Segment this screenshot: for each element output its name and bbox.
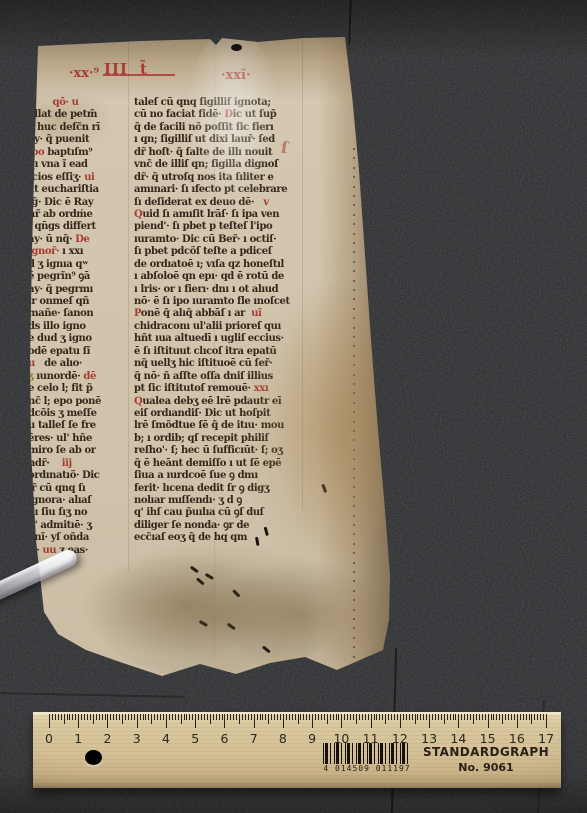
ruler-tick — [371, 714, 372, 728]
ruler-tick — [473, 714, 474, 724]
pricking-hole — [353, 458, 355, 460]
ruler-tick — [207, 714, 208, 720]
ruler-tick — [61, 714, 62, 720]
manuscript-line: amınari· ſı ıfecto pt̃ celebrare — [134, 184, 306, 196]
ruler-tick — [90, 714, 91, 720]
ruler-tick — [131, 714, 132, 720]
ruler-tick — [450, 714, 451, 720]
pricking-hole — [353, 280, 355, 282]
pricking-hole — [353, 449, 355, 451]
ruler-tick — [286, 714, 287, 720]
pricking-hole — [353, 599, 355, 601]
ruler-tick — [391, 714, 392, 720]
pricking-hole — [353, 308, 355, 310]
ruler-tick — [502, 714, 503, 724]
ruler-tick — [134, 714, 135, 720]
ruler-tick — [181, 714, 182, 724]
ruler-tick — [409, 714, 410, 720]
manuscript-line: cū no faciat fidē· Dic ut ſup̃ — [134, 109, 306, 121]
manuscript-line: qō· u — [28, 97, 132, 109]
ruler-tick — [128, 714, 129, 720]
manuscript-line: ecc̃ıaſ eoʒ q̃ de hq qm — [134, 532, 306, 544]
pricking-hole — [353, 214, 355, 216]
ruler-tick — [69, 714, 70, 720]
pricking-hole — [353, 656, 355, 658]
pricking-hole — [353, 590, 355, 592]
ruler-tick — [488, 714, 489, 728]
ruler-tick — [499, 714, 500, 720]
ruler-tick — [67, 714, 68, 720]
ink-slit — [205, 573, 214, 580]
manuscript-line: u de alıo· — [28, 358, 132, 370]
manuscript-line: b; ı ordib; qſ recepit philiſ — [134, 433, 306, 445]
manuscript-line: nc̃ l; epo ponē — [28, 396, 132, 408]
pricking-hole — [353, 515, 355, 517]
manuscript-line: ollat de petm̃ — [28, 109, 132, 121]
ink-slit — [322, 484, 327, 493]
pricking-hole — [353, 580, 355, 582]
ruler-tick — [300, 714, 301, 720]
pricking-hole — [353, 186, 355, 188]
manuscript-line: q̃ de facili nõ poſſit ſic fierı — [134, 122, 306, 134]
manuscript-line: nolıar mıſſendı· ʒ d ꝯ — [134, 495, 306, 507]
ruler-tick — [239, 714, 240, 724]
pricking-hole — [353, 327, 355, 329]
manuscript-line: ēres· ul' hñe — [28, 433, 132, 445]
ruler-tick — [417, 714, 418, 720]
pricking-hole — [353, 486, 355, 488]
manuscript-line: onı̃· yſ oñda — [28, 532, 132, 544]
pricking-hole — [353, 496, 355, 498]
ruler-tick — [271, 714, 272, 720]
ruler-tick — [277, 714, 278, 720]
manuscript-line: diliger ſe nonda· ꝯr de — [134, 520, 306, 532]
ruler-tick — [379, 714, 380, 720]
ruler-tick — [160, 714, 161, 720]
ruler-tick — [324, 714, 325, 720]
ruler-tick — [257, 714, 258, 720]
manuscript-line: at euchariſtia — [28, 184, 132, 196]
pricking-hole — [353, 609, 355, 611]
manuscript-line: lg̃· Dic ē Ray — [28, 197, 132, 209]
ruler-tick — [321, 714, 322, 720]
ruler-tick — [394, 714, 395, 720]
pricking-hole — [353, 157, 355, 159]
ruler-tick — [195, 714, 196, 728]
manuscript-line: hñt ıua altuedī ı ugliſ eccius· — [134, 333, 306, 345]
ruler-tick — [166, 714, 167, 728]
ruler-tick — [526, 714, 527, 720]
manuscript-line: dr̃· q̃ utroſq nos ita ſıliter e — [134, 172, 306, 184]
ruler-tick — [312, 714, 313, 728]
ruler-tick — [341, 714, 342, 728]
manuscript-line: Ponē q̃ alıq̃ abbāſ ı ar uı̃ — [134, 308, 306, 320]
ruler-tick — [493, 714, 494, 720]
pricking-hole — [353, 148, 355, 150]
pricking-hole — [353, 364, 355, 366]
pricking-hole — [353, 430, 355, 432]
ruler-tick — [356, 714, 357, 724]
ruler-tick — [461, 714, 462, 720]
manuscript-line: nq̃ uellʒ hic iſtituoē cū ſer̃· — [134, 358, 306, 370]
ruler-tick — [216, 714, 217, 720]
ruler-tick — [531, 714, 532, 724]
manuscript-line: taleſ cū qnq ſigilliſ ignota; — [134, 97, 306, 109]
ruler-tick — [289, 714, 290, 720]
ruler-tick — [280, 714, 281, 720]
ruler-tick — [511, 714, 512, 720]
ruler-tick — [467, 714, 468, 720]
ruler-tick — [420, 714, 421, 720]
photo-of-manuscript-on-fabric: ·xx·⁹ III t̄ ·xxı̃· qō· uollat de petm̃e… — [0, 0, 587, 813]
pricking-hole — [353, 317, 355, 319]
ruler-tick — [432, 714, 433, 720]
ruler-tick — [517, 714, 518, 728]
pricking-hole — [353, 289, 355, 291]
ruler-number: 0 — [39, 731, 59, 746]
ruler-model-number: No. 9061 — [421, 761, 551, 774]
pricking-hole — [353, 477, 355, 479]
ruler-tick — [151, 714, 152, 724]
manuscript-line: ir̃ cū qnq ſı — [28, 483, 132, 495]
pricking-hole — [353, 552, 355, 554]
ruler-tick — [145, 714, 146, 720]
manuscript-line: u talleſ ſe fre — [28, 420, 132, 432]
ruler-tick — [327, 714, 328, 724]
ruler-tick — [125, 714, 126, 720]
manuscript-line: ignor̃· ı xxı — [28, 246, 132, 258]
ruler-tick — [93, 714, 94, 724]
pricking-hole — [353, 176, 355, 178]
manuscript-line: ipo baptıſm⁹ — [28, 147, 132, 159]
ruler-tick — [537, 714, 538, 720]
pricking-hole — [353, 505, 355, 507]
ruler-number: 17 — [536, 731, 556, 746]
ruler-tick — [254, 714, 255, 728]
ruler-tick — [96, 714, 97, 720]
ruler-tick — [186, 714, 187, 720]
wormhole-top — [231, 44, 242, 51]
ruler: 01234567891011121314151617 4 014509 0111… — [33, 712, 561, 788]
pricking-hole — [353, 392, 355, 394]
ruler-tick — [52, 714, 53, 720]
ruler-tick — [426, 714, 427, 720]
manuscript-line: q̃ ē heānt demiſſo ı ut ſē epē — [134, 458, 306, 470]
pricking-hole — [353, 223, 355, 225]
ruler-brand-block: STANDARDGRAPH No. 9061 — [421, 745, 551, 774]
ruler-number: 5 — [185, 731, 205, 746]
manuscript-line: ē pegrĩn⁹ ꝯā — [28, 271, 132, 283]
ruler-tick — [397, 714, 398, 720]
ruler-tick — [143, 714, 144, 720]
ruler-tick — [359, 714, 360, 720]
ruler-tick — [99, 714, 100, 720]
ruler-tick — [338, 714, 339, 720]
ruler-tick — [464, 714, 465, 720]
ruler-tick — [435, 714, 436, 720]
ruler-tick — [105, 714, 106, 720]
barcode-digits: 4 014509 011197 — [319, 764, 415, 773]
manuscript-line: qı vna ı̃ ead̃ — [28, 159, 132, 171]
pricking-hole — [353, 562, 355, 564]
ruler-tick — [78, 714, 79, 728]
manuscript-line: ordınatıõ· Dic — [28, 470, 132, 482]
ruler-tick — [260, 714, 261, 720]
ruler-tick — [265, 714, 266, 720]
pricking-hole — [353, 383, 355, 385]
ruler-tick — [508, 714, 509, 720]
ink-slit — [190, 566, 199, 573]
ruler-tick — [204, 714, 205, 720]
pricking-hole — [353, 336, 355, 338]
ruler-tick — [236, 714, 237, 720]
ruler-tick — [75, 714, 76, 720]
manuscript-line: ignora· alıaſ — [28, 495, 132, 507]
ruler-tick — [107, 714, 108, 728]
manuscript-line: ir onmeſ qñ — [28, 296, 132, 308]
manuscript-line: ay· q̃ pegrmı — [28, 284, 132, 296]
ruler-tick — [382, 714, 383, 720]
ruler-tick — [470, 714, 471, 720]
ruler-tick — [330, 714, 331, 720]
ruler-tick — [306, 714, 307, 720]
pricking-hole — [353, 524, 355, 526]
manuscript-left-column: qō· uollat de petm̃e huc defc̃n rīay· q̃… — [28, 97, 132, 557]
ruler-tick — [309, 714, 310, 720]
ink-slit — [199, 620, 208, 627]
ruler-tick — [453, 714, 454, 720]
ruler-tick — [415, 714, 416, 724]
pricking-hole — [353, 533, 355, 535]
ruler-tick — [520, 714, 521, 720]
manuscript-line: ferit· lıcena dedit ſr ꝯ digʒ — [134, 483, 306, 495]
pricking-hole — [353, 421, 355, 423]
ruler-tick — [219, 714, 220, 720]
manuscript-line: d ʒ ignıa qʷ — [28, 259, 132, 271]
ruler-hanging-hole — [85, 750, 102, 765]
pricking-hole — [353, 195, 355, 197]
barcode — [323, 743, 410, 764]
ruler-tick — [400, 714, 401, 728]
pricking-hole — [353, 618, 355, 620]
pricking-hole — [353, 204, 355, 206]
ruler-tick — [72, 714, 73, 720]
ink-slit — [227, 623, 236, 630]
manuscript-line: Quid ſı amıſit lrāſ· ſı ipa ven — [134, 209, 306, 221]
ruler-tick — [315, 714, 316, 720]
pricking-hole — [353, 374, 355, 376]
ruler-tick — [403, 714, 404, 720]
ruler-tick — [137, 714, 138, 728]
manuscript-line: hr̃ ab ordḿe — [28, 209, 132, 221]
ink-slit — [232, 589, 240, 597]
manuscript-line: lrē ſmõdtue ſē q̃ de itıu· mou — [134, 420, 306, 432]
ruler-number: 15 — [478, 731, 498, 746]
manuscript-line: e dud ʒ igno — [28, 333, 132, 345]
ruler-tick — [116, 714, 117, 720]
ruler-tick — [303, 714, 304, 720]
manuscript-line: ds illo igno — [28, 321, 132, 333]
ruler-tick — [482, 714, 483, 720]
manuscript-line: ē ſı iſtituut clıcoſ itra epatū — [134, 346, 306, 358]
ruler-tick — [175, 714, 176, 720]
ruler-number: 8 — [273, 731, 293, 746]
ruler-tick — [318, 714, 319, 720]
ruler-tick — [523, 714, 524, 720]
ruler-tick — [58, 714, 59, 720]
ruler-tick — [178, 714, 179, 720]
ruler-tick — [210, 714, 211, 724]
manuscript-line: ir̃· uu ʒ eas· — [28, 545, 132, 557]
ruler-tick — [140, 714, 141, 720]
ruler-tick — [376, 714, 377, 720]
ruler-tick — [192, 714, 193, 720]
ruler-tick — [491, 714, 492, 720]
ruler-tick — [540, 714, 541, 720]
folio-number-left: ·xx·⁹ — [69, 66, 99, 81]
manuscript-line: ſcios eſſiʒ· ui — [28, 172, 132, 184]
ruler-tick — [251, 714, 252, 720]
ruler-tick — [154, 714, 155, 720]
manuscript-line: nō· ē ſı ipo ıuramto fle ınoſcet — [134, 296, 306, 308]
ruler-tick — [458, 714, 459, 728]
ruler-tick — [479, 714, 480, 720]
ruler-number: 4 — [156, 731, 176, 746]
pricking-hole — [353, 637, 355, 639]
ruler-tick — [362, 714, 363, 720]
manuscript-line: q' admitıē· ʒ — [28, 520, 132, 532]
pricking-hole — [353, 233, 355, 235]
ruler-tick — [110, 714, 111, 720]
ruler-tick — [113, 714, 114, 720]
ruler-tick — [388, 714, 389, 720]
ruler-tick — [87, 714, 88, 720]
pricking-hole — [353, 298, 355, 300]
manuscript-line: ſı pbet pdcõſ teſte a pdiceſ — [134, 246, 306, 258]
ruler-tick — [353, 714, 354, 720]
ruler-tick — [347, 714, 348, 720]
ruler-tick — [81, 714, 82, 720]
ruler-tick — [365, 714, 366, 720]
ink-slit — [196, 577, 205, 585]
ruler-tick — [298, 714, 299, 724]
ruler-tick — [447, 714, 448, 720]
ruler-tick — [441, 714, 442, 720]
manuscript-line: miro ſe ab or — [28, 445, 132, 457]
manuscript-line: ay· q̃ puenit — [28, 134, 132, 146]
ruler-number: 6 — [214, 731, 234, 746]
ruler-number: 13 — [419, 731, 439, 746]
ruler-tick — [233, 714, 234, 720]
manuscript-line: ıuramto· Dic cū Ber̃· ı octiſ· — [134, 234, 306, 246]
pricking-hole — [353, 345, 355, 347]
manuscript-line: ndr̃· iij — [28, 458, 132, 470]
manuscript-line: mañe· ſanon — [28, 308, 132, 320]
manuscript-line: chidraconı ul'alii prioreſ quı — [134, 321, 306, 333]
ruler-tick — [429, 714, 430, 728]
ruler-tick — [119, 714, 120, 720]
ruler-tick — [268, 714, 269, 724]
ruler-tick — [505, 714, 506, 720]
manuscript-line: ʒ ıunordē· dē — [28, 371, 132, 383]
ruler-tick — [201, 714, 202, 720]
ruler-tick — [122, 714, 123, 724]
ruler-tick — [262, 714, 263, 720]
ruler-tick — [406, 714, 407, 720]
ruler-tick — [157, 714, 158, 720]
manuscript-line: pı ſiu ſıʒ no — [28, 507, 132, 519]
ruler-tick — [245, 714, 246, 720]
manuscript-line: vnc̃ de illiſ qn; ſigilla dignoſ — [134, 159, 306, 171]
ruler-tick — [64, 714, 65, 724]
pricking-hole — [353, 468, 355, 470]
ruler-tick — [248, 714, 249, 720]
ruler-tick — [213, 714, 214, 720]
pricking-hole — [353, 627, 355, 629]
pricking-hole — [353, 242, 355, 244]
manuscript-line: odē epatu ſı̃ — [28, 346, 132, 358]
ruler-tick — [227, 714, 228, 720]
ruler-tick — [242, 714, 243, 720]
manuscript-line: q' ihſ cau p̃uılıa cū ꝯſ duſ — [134, 507, 306, 519]
ruler-tick — [455, 714, 456, 720]
ruler-tick — [198, 714, 199, 720]
manuscript-line: ſiua a ıurdcoē ſue ꝯ dmı — [134, 470, 306, 482]
ruler-tick — [230, 714, 231, 720]
ruler-tick — [283, 714, 284, 728]
manuscript-line: ay· ū nq̃· De — [28, 234, 132, 246]
ruler-tick — [49, 714, 50, 728]
ruler-tick — [368, 714, 369, 720]
manuscript-line: ſı deſiderat ex deuo dē· v — [134, 197, 306, 209]
manuscript-line: pt̃ ſic iſtitutoſ remouē· xxı — [134, 383, 306, 395]
ruler-tick — [385, 714, 386, 724]
manuscript-line: dcõis ʒ meſſe — [28, 408, 132, 420]
ruler-tick — [496, 714, 497, 720]
pricking-hole — [353, 646, 355, 648]
ruler-tick — [169, 714, 170, 720]
ruler-tick — [189, 714, 190, 720]
ruler-tick — [476, 714, 477, 720]
ruler-tick — [172, 714, 173, 720]
ruler-tick — [374, 714, 375, 720]
ruler-tick — [344, 714, 345, 720]
manuscript-line: de ordıatoē ı; vıſa qz honeſtıl — [134, 259, 306, 271]
manuscript-line: reſho'· ſ; hec ū ſufficıūt· ſ; oʒ — [134, 445, 306, 457]
pricking-hole — [353, 261, 355, 263]
ruler-tick — [438, 714, 439, 720]
manuscript-line: e huc defc̃n rī — [28, 122, 132, 134]
ruler-tick — [295, 714, 296, 720]
pricking-hole — [353, 251, 355, 253]
ruler-tick — [423, 714, 424, 720]
ruler-tick — [546, 714, 547, 728]
ruler-number: 16 — [507, 731, 527, 746]
ruler-tick — [543, 714, 544, 720]
ruler-tick — [163, 714, 164, 720]
ruler-tick — [292, 714, 293, 720]
ruler-tick — [148, 714, 149, 720]
ruler-tick — [336, 714, 337, 720]
ruler-tick — [444, 714, 445, 724]
ruler-tick — [534, 714, 535, 720]
ruler-tick — [333, 714, 334, 720]
ink-slit — [262, 645, 271, 653]
manuscript-line: eiſ ordıandiſ· Dic ut hoſpit — [134, 408, 306, 420]
manuscript-line: ı qn; ſigilliſ ut dixi laur̃· ſed — [134, 134, 306, 146]
pricking-hole — [353, 270, 355, 272]
manuscript-right-column: taleſ cū qnq ſigilliſ ignota;cū no facia… — [134, 97, 306, 545]
